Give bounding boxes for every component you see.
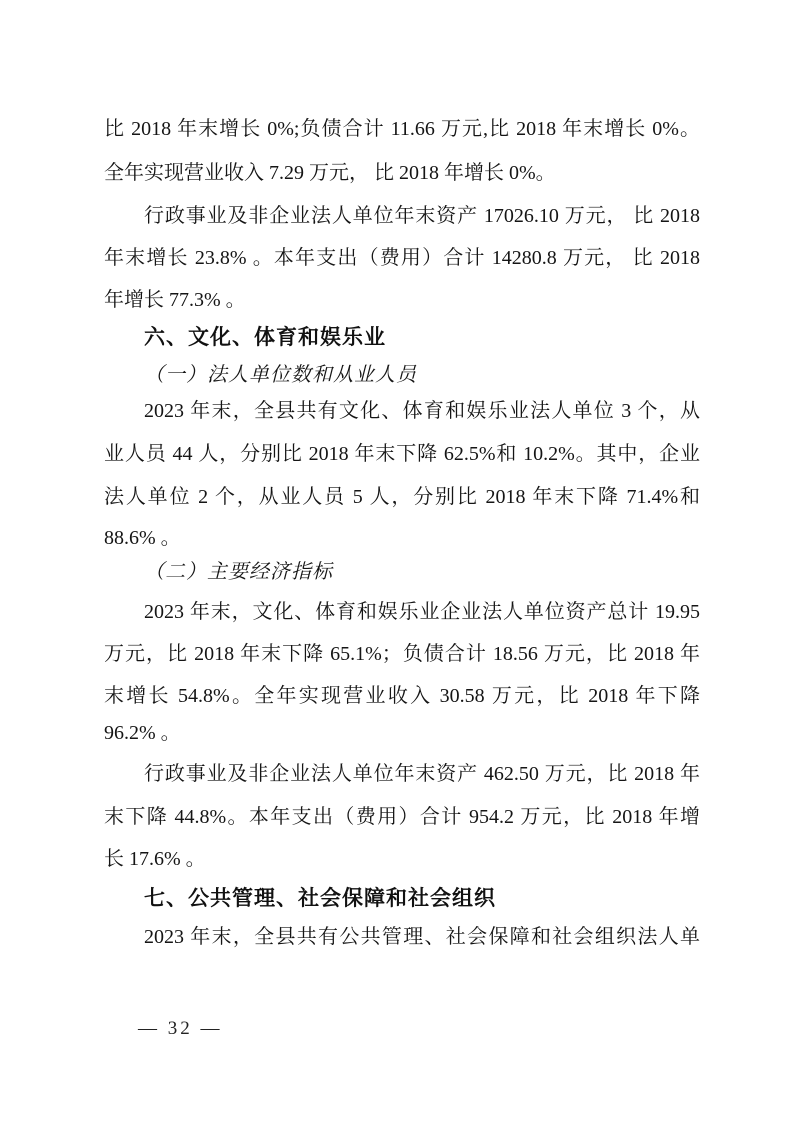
body-line-19: 长 17.6% 。 [104,838,700,881]
section-heading-culture-sports-entertainment: 六、文化、体育和娱乐业 [104,320,700,356]
body-line-01: 比 2018 年末增长 0%;负债合计 11.66 万元,比 2018 年末增长… [104,108,700,151]
body-line-08: 2023 年末，全县共有文化、体育和娱乐业法人单位 3 个，从 [104,390,700,433]
body-line-04: 年末增长 23.8% 。本年支出（费用）合计 14280.8 万元， 比 201… [104,237,700,280]
document-page: 比 2018 年末增长 0%;负债合计 11.66 万元,比 2018 年末增长… [0,0,793,1122]
section-heading-public-management-social-security: 七、公共管理、社会保障和社会组织 [104,881,700,917]
body-line-09: 业人员 44 人，分别比 2018 年末下降 62.5%和 10.2%。其中，企… [104,433,700,476]
body-line-10: 法人单位 2 个，从业人员 5 人，分别比 2018 年末下降 71.4%和 [104,476,700,519]
subheading-main-economic-indicators: （二）主要经济指标 [104,554,700,590]
body-line-13: 2023 年末，文化、体育和娱乐业企业法人单位资产总计 19.95 [104,591,700,634]
body-line-17: 行政事业及非企业法人单位年末资产 462.50 万元，比 2018 年 [104,753,700,796]
body-line-18: 末下降 44.8%。本年支出（费用）合计 954.2 万元，比 2018 年增 [104,796,700,839]
body-line-03: 行政事业及非企业法人单位年末资产 17026.10 万元， 比 2018 [104,195,700,238]
body-line-16: 96.2% 。 [104,712,700,755]
body-line-05: 年增长 77.3% 。 [104,279,700,322]
page-number: — 32 — [138,1016,223,1042]
body-line-14: 万元，比 2018 年末下降 65.1%；负债合计 18.56 万元，比 201… [104,633,700,676]
subheading-legal-units-and-employees: （一）法人单位数和从业人员 [104,357,700,393]
body-line-21: 2023 年末，全县共有公共管理、社会保障和社会组织法人单 [104,916,700,959]
body-line-02: 全年实现营业收入 7.29 万元， 比 2018 年增长 0%。 [104,152,700,195]
